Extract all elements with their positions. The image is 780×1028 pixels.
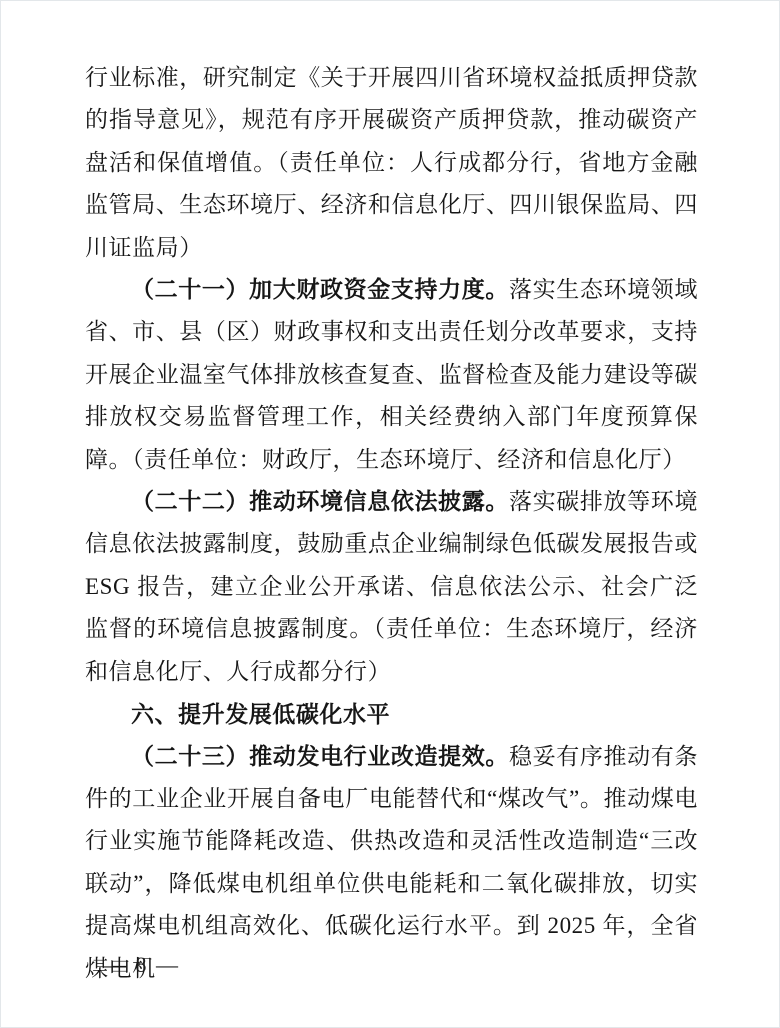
paragraph-item-22: （二十二）推动环境信息依法披露。落实碳排放等环境信息依法披露制度，鼓励重点企业编… [85, 481, 698, 693]
paragraph-lead-bold: （二十二）推动环境信息依法披露。 [131, 489, 509, 514]
paragraph-continuation: 行业标准，研究制定《关于开展四川省环境权益抵质押贷款的指导意见》，规范有序开展碳… [85, 57, 698, 269]
paragraph-text: 落实碳排放等环境信息依法披露制度，鼓励重点企业编制绿色低碳发展报告或 ESG 报… [85, 489, 698, 684]
paragraph-lead-bold: （二十一）加大财政资金支持力度。 [131, 277, 509, 302]
paragraph-item-21: （二十一）加大财政资金支持力度。落实生态环境领域省、市、县（区）财政事权和支出责… [85, 269, 698, 481]
document-page: 行业标准，研究制定《关于开展四川省环境权益抵质押贷款的指导意见》，规范有序开展碳… [85, 57, 698, 990]
paragraph-lead-bold: （二十三）推动发电行业改造提效。 [131, 744, 509, 769]
paragraph-text: 落实生态环境领域省、市、县（区）财政事权和支出责任划分改革要求，支持开展企业温室… [85, 277, 698, 472]
paragraph-text: 稳妥有序推动有条件的工业企业开展自备电厂电能替代和“煤改气”。推动煤电行业实施节… [85, 744, 698, 981]
page-number: — 8 — [104, 948, 180, 982]
paragraph-text: 行业标准，研究制定《关于开展四川省环境权益抵质押贷款的指导意见》，规范有序开展碳… [85, 65, 698, 260]
section-heading: 六、提升发展低碳化水平 [85, 693, 698, 735]
